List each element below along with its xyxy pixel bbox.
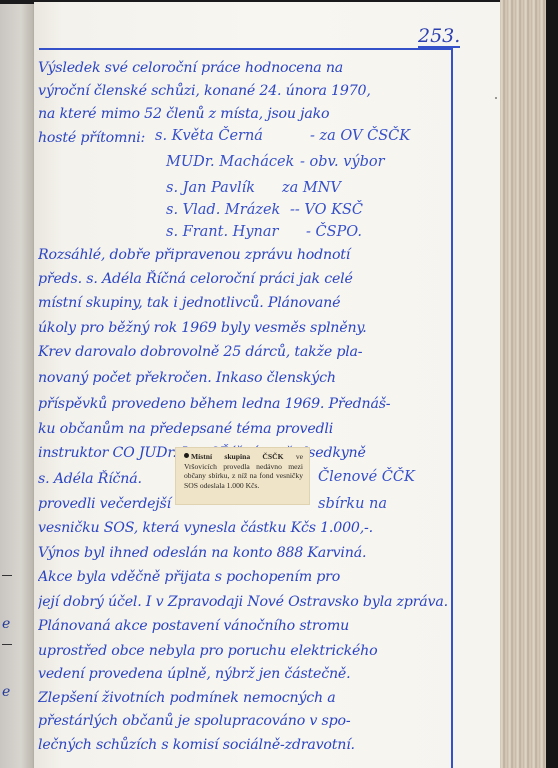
book-page-edges [500, 0, 546, 768]
facing-page-letter: e [2, 616, 10, 632]
text-line: výroční členské schůzi, konané 24. února… [38, 79, 450, 103]
text-line: místní skupiny, tak i jednotlivců. Pláno… [38, 291, 450, 315]
guest-name: s. Frant. Hynar [166, 220, 278, 244]
guest-name: MUDr. Machácek [166, 150, 294, 174]
text-line: Výnos byl ihned odeslán na konto 888 Kar… [38, 541, 450, 565]
margin-rule [451, 48, 453, 768]
guest-name: s. Květa Černá [155, 124, 263, 148]
guest-role: - za OV ČSČK [310, 124, 410, 148]
text-line: Výsledek své celoroční práce hodnocena n… [38, 56, 450, 80]
text-line: vedení provedena úplně, nýbrž jen částeč… [38, 662, 450, 686]
facing-page-edge: e e [0, 4, 38, 768]
guest-name: s. Jan Pavlík [166, 176, 255, 200]
text-line: na které mimo 52 členů z místa, jsou jak… [38, 102, 450, 126]
text-line: úkoly pro běžný rok 1969 byly vesměs spl… [38, 316, 450, 340]
text-line: Rozsáhlé, dobře připravenou zprávu hodno… [38, 243, 450, 267]
paper-speck [495, 97, 497, 99]
header-rule [39, 48, 451, 50]
guest-role: - ČSPO. [306, 220, 362, 244]
guest-role: za MNV [282, 176, 341, 200]
newspaper-clipping: Místní skupina ČSČK ve Vršovicích proved… [175, 447, 310, 505]
text-line: uprostřed obce nebyla pro poruchu elektr… [38, 639, 450, 663]
text-fragment: sbírku na [318, 492, 387, 516]
text-line: Zlepšení životních podmínek nemocných a [38, 686, 450, 710]
text-line: předs. s. Adéla Říčná celoroční práci ja… [38, 267, 450, 291]
clipping-lead: Místní skupina ČSČK [191, 452, 284, 461]
text-line: Akce byla vděčně přijata s pochopením pr… [38, 565, 450, 589]
text-line: ku občanům na předepsané téma provedli [38, 417, 450, 441]
book-cover-edge [546, 0, 558, 768]
margin-mark [2, 644, 12, 645]
page-number: 253. [418, 26, 460, 48]
text-line: její dobrý účel. I v Zpravodaji Nové Ost… [38, 590, 450, 614]
guest-name: s. Vlad. Mrázek [166, 198, 280, 222]
text-line: příspěvků provedeno během ledna 1969. Př… [38, 392, 450, 416]
text-line: vesničku SOS, která vynesla částku Kčs 1… [38, 516, 450, 540]
text-line: novaný počet překročen. Inkaso členských [38, 366, 450, 390]
facing-page-letter: e [2, 684, 10, 700]
bullet-icon [184, 453, 189, 458]
margin-mark [2, 575, 12, 576]
text-line: Krev darovalo dobrovolně 25 dárců, takže… [38, 340, 450, 364]
text-line: provedli večerdejší [38, 492, 173, 516]
text-line: přestárlých občanů je spolupracováno v s… [38, 709, 450, 733]
text-line: Plánovaná akce postavení vánočního strom… [38, 614, 450, 638]
guest-role: -- VO KSČ [290, 198, 363, 222]
text-line: s. Adéla Říčná. [38, 467, 168, 491]
text-fragment: Členové ČČK [318, 465, 415, 489]
guest-role: - obv. výbor [300, 150, 385, 174]
text-line: lečných schůzích s komisí sociálně-zdrav… [38, 733, 450, 757]
text-line: hosté přítomni: [38, 126, 148, 150]
